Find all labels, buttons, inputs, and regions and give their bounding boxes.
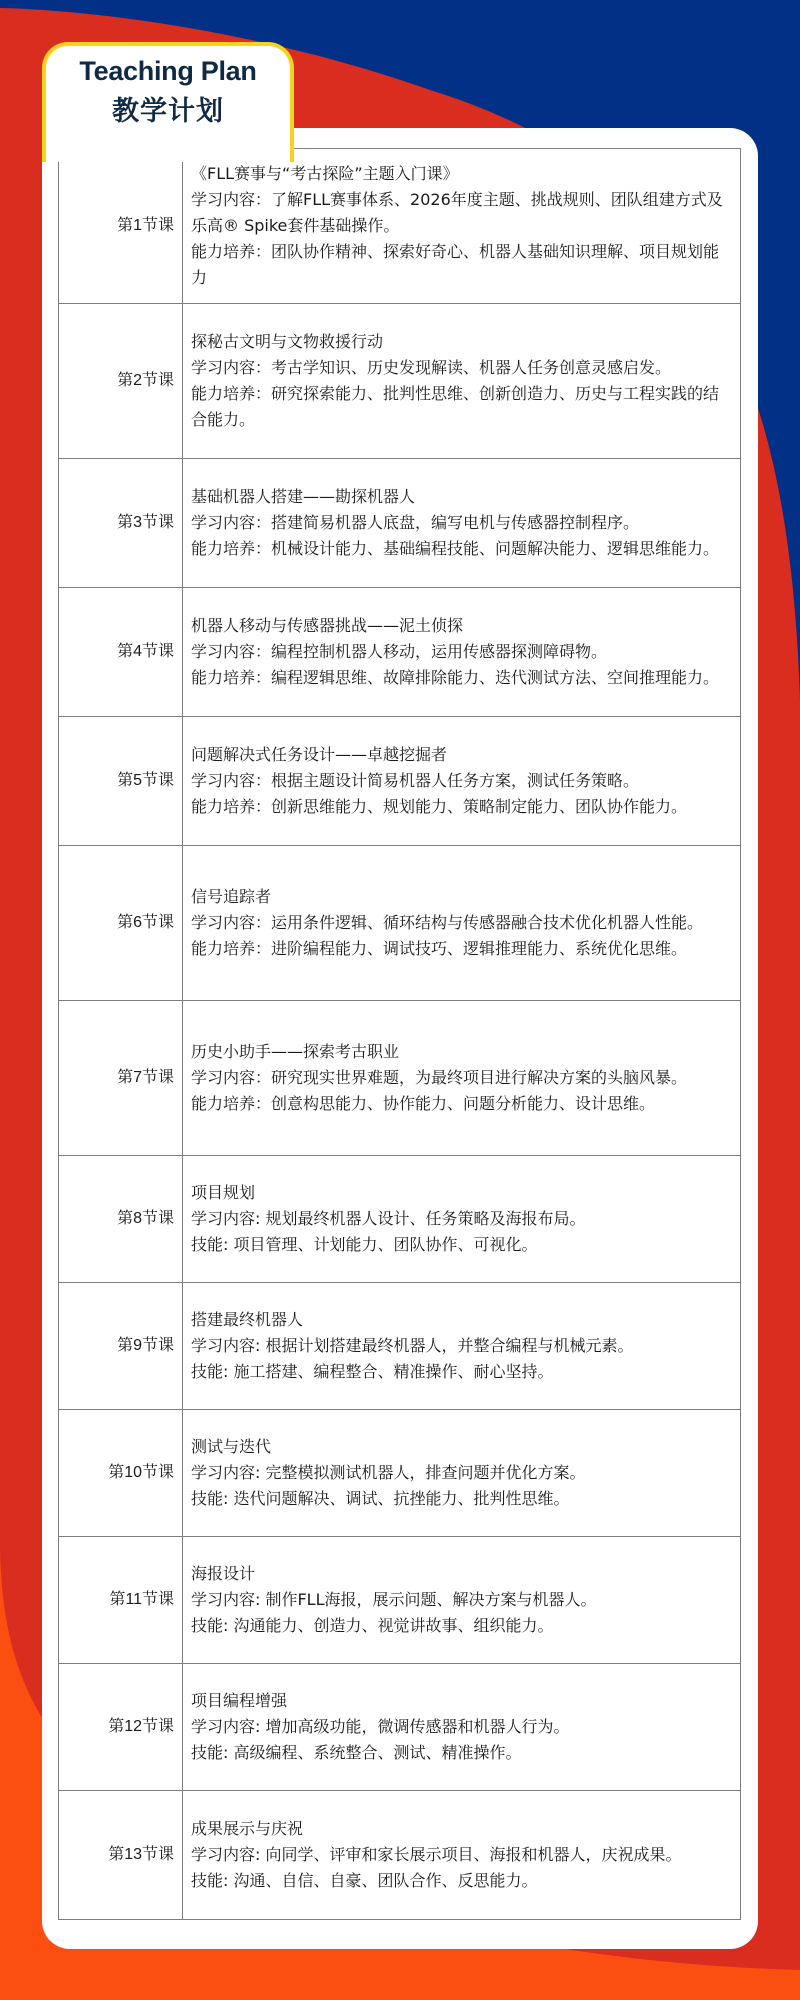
lesson-details: 测试与迭代 学习内容: 完整模拟测试机器人，排查问题并优化方案。 技能: 迭代问… [183,1410,741,1537]
lesson-skills: 技能: 迭代问题解决、调试、抗挫能力、批判性思维。 [191,1486,730,1512]
lesson-details: 机器人移动与传感器挑战——泥土侦探 学习内容：编程控制机器人移动，运用传感器探测… [183,588,741,717]
lesson-content: 学习内容: 向同学、评审和家长展示项目、海报和机器人，庆祝成果。 [191,1842,730,1868]
lesson-label: 第4节课 [59,588,183,717]
plan-card: 第1节课 《FLL赛事与“考古探险”主题入门课》 学习内容：了解FLL赛事体系、… [42,128,758,1949]
lesson-details: 历史小助手——探索考古职业 学习内容：研究现实世界难题，为最终项目进行解决方案的… [183,1001,741,1156]
lesson-skills: 技能: 高级编程、系统整合、测试、精准操作。 [191,1740,730,1766]
table-row: 第5节课 问题解决式任务设计——卓越挖掘者 学习内容：根据主题设计简易机器人任务… [59,717,741,846]
table-row: 第3节课 基础机器人搭建——勘探机器人 学习内容：搭建简易机器人底盘，编写电机与… [59,459,741,588]
lesson-title: 海报设计 [191,1561,730,1587]
lesson-skills: 能力培养：进阶编程能力、调试技巧、逻辑推理能力、系统优化思维。 [191,936,730,962]
lesson-title: 问题解决式任务设计——卓越挖掘者 [191,742,730,768]
table-row: 第12节课 项目编程增强 学习内容: 增加高级功能，微调传感器和机器人行为。 技… [59,1664,741,1791]
lesson-content: 学习内容: 增加高级功能，微调传感器和机器人行为。 [191,1714,730,1740]
lesson-skills: 技能: 项目管理、计划能力、团队协作、可视化。 [191,1232,730,1258]
lesson-content: 学习内容：研究现实世界难题，为最终项目进行解决方案的头脑风暴。 [191,1065,730,1091]
lesson-details: 基础机器人搭建——勘探机器人 学习内容：搭建简易机器人底盘，编写电机与传感器控制… [183,459,741,588]
lesson-label: 第11节课 [59,1537,183,1664]
lesson-skills: 技能: 施工搭建、编程整合、精准操作、耐心坚持。 [191,1359,730,1385]
lesson-title: 基础机器人搭建——勘探机器人 [191,484,730,510]
table-row: 第1节课 《FLL赛事与“考古探险”主题入门课》 学习内容：了解FLL赛事体系、… [59,149,741,304]
lesson-label: 第6节课 [59,846,183,1001]
lesson-label: 第5节课 [59,717,183,846]
title-english: Teaching Plan [46,56,290,87]
lesson-title: 《FLL赛事与“考古探险”主题入门课》 [191,161,730,187]
lesson-content: 学习内容：运用条件逻辑、循环结构与传感器融合技术优化机器人性能。 [191,910,730,936]
lesson-content: 学习内容：考古学知识、历史发现解读、机器人任务创意灵感启发。 [191,355,730,381]
table-row: 第8节课 项目规划 学习内容: 规划最终机器人设计、任务策略及海报布局。 技能:… [59,1156,741,1283]
table-row: 第10节课 测试与迭代 学习内容: 完整模拟测试机器人，排查问题并优化方案。 技… [59,1410,741,1537]
lesson-content: 学习内容：了解FLL赛事体系、2026年度主题、挑战规则、团队组建方式及乐高® … [191,187,730,239]
table-row: 第13节课 成果展示与庆祝 学习内容: 向同学、评审和家长展示项目、海报和机器人… [59,1791,741,1920]
table-row: 第6节课 信号追踪者 学习内容：运用条件逻辑、循环结构与传感器融合技术优化机器人… [59,846,741,1001]
table-row: 第2节课 探秘古文明与文物救援行动 学习内容：考古学知识、历史发现解读、机器人任… [59,304,741,459]
lesson-title: 成果展示与庆祝 [191,1816,730,1842]
lesson-skills: 能力培养：创新思维能力、规划能力、策略制定能力、团队协作能力。 [191,794,730,820]
lesson-skills: 技能: 沟通、自信、自豪、团队合作、反思能力。 [191,1868,730,1894]
title-tab: Teaching Plan 教学计划 [42,42,294,162]
lesson-title: 搭建最终机器人 [191,1307,730,1333]
lesson-content: 学习内容: 规划最终机器人设计、任务策略及海报布局。 [191,1206,730,1232]
lesson-details: 问题解决式任务设计——卓越挖掘者 学习内容：根据主题设计简易机器人任务方案，测试… [183,717,741,846]
lesson-skills: 能力培养：创意构思能力、协作能力、问题分析能力、设计思维。 [191,1091,730,1117]
lesson-details: 成果展示与庆祝 学习内容: 向同学、评审和家长展示项目、海报和机器人，庆祝成果。… [183,1791,741,1920]
lesson-label: 第3节课 [59,459,183,588]
lesson-title: 信号追踪者 [191,884,730,910]
lesson-label: 第7节课 [59,1001,183,1156]
lesson-label: 第13节课 [59,1791,183,1920]
lesson-details: 《FLL赛事与“考古探险”主题入门课》 学习内容：了解FLL赛事体系、2026年… [183,149,741,304]
table-row: 第11节课 海报设计 学习内容: 制作FLL海报，展示问题、解决方案与机器人。 … [59,1537,741,1664]
lesson-details: 探秘古文明与文物救援行动 学习内容：考古学知识、历史发现解读、机器人任务创意灵感… [183,304,741,459]
lesson-label: 第2节课 [59,304,183,459]
table-row: 第4节课 机器人移动与传感器挑战——泥土侦探 学习内容：编程控制机器人移动，运用… [59,588,741,717]
lesson-content: 学习内容：根据主题设计简易机器人任务方案，测试任务策略。 [191,768,730,794]
lesson-label: 第9节课 [59,1283,183,1410]
lesson-label: 第10节课 [59,1410,183,1537]
lesson-title: 项目规划 [191,1180,730,1206]
lesson-title: 项目编程增强 [191,1688,730,1714]
lesson-content: 学习内容: 根据计划搭建最终机器人，并整合编程与机械元素。 [191,1333,730,1359]
lesson-content: 学习内容: 完整模拟测试机器人，排查问题并优化方案。 [191,1460,730,1486]
table-row: 第7节课 历史小助手——探索考古职业 学习内容：研究现实世界难题，为最终项目进行… [59,1001,741,1156]
lesson-title: 探秘古文明与文物救援行动 [191,329,730,355]
lesson-details: 信号追踪者 学习内容：运用条件逻辑、循环结构与传感器融合技术优化机器人性能。 能… [183,846,741,1001]
lesson-skills: 能力培养：机械设计能力、基础编程技能、问题解决能力、逻辑思维能力。 [191,536,730,562]
lesson-content: 学习内容：编程控制机器人移动，运用传感器探测障碍物。 [191,639,730,665]
lesson-details: 搭建最终机器人 学习内容: 根据计划搭建最终机器人，并整合编程与机械元素。 技能… [183,1283,741,1410]
table-row: 第9节课 搭建最终机器人 学习内容: 根据计划搭建最终机器人，并整合编程与机械元… [59,1283,741,1410]
lesson-table: 第1节课 《FLL赛事与“考古探险”主题入门课》 学习内容：了解FLL赛事体系、… [58,148,741,1920]
lesson-title: 机器人移动与传感器挑战——泥土侦探 [191,613,730,639]
lesson-skills: 能力培养：团队协作精神、探索好奇心、机器人基础知识理解、项目规划能力 [191,239,730,291]
lesson-content: 学习内容：搭建简易机器人底盘，编写电机与传感器控制程序。 [191,510,730,536]
lesson-details: 项目规划 学习内容: 规划最终机器人设计、任务策略及海报布局。 技能: 项目管理… [183,1156,741,1283]
lesson-content: 学习内容: 制作FLL海报，展示问题、解决方案与机器人。 [191,1587,730,1613]
lesson-details: 项目编程增强 学习内容: 增加高级功能，微调传感器和机器人行为。 技能: 高级编… [183,1664,741,1791]
lesson-label: 第1节课 [59,149,183,304]
lesson-title: 历史小助手——探索考古职业 [191,1039,730,1065]
lesson-label: 第8节课 [59,1156,183,1283]
lesson-skills: 能力培养：编程逻辑思维、故障排除能力、迭代测试方法、空间推理能力。 [191,665,730,691]
lesson-label: 第12节课 [59,1664,183,1791]
lesson-title: 测试与迭代 [191,1434,730,1460]
lesson-skills: 技能: 沟通能力、创造力、视觉讲故事、组织能力。 [191,1613,730,1639]
lesson-details: 海报设计 学习内容: 制作FLL海报，展示问题、解决方案与机器人。 技能: 沟通… [183,1537,741,1664]
title-chinese: 教学计划 [46,89,290,128]
lesson-skills: 能力培养：研究探索能力、批判性思维、创新创造力、历史与工程实践的结合能力。 [191,381,730,433]
